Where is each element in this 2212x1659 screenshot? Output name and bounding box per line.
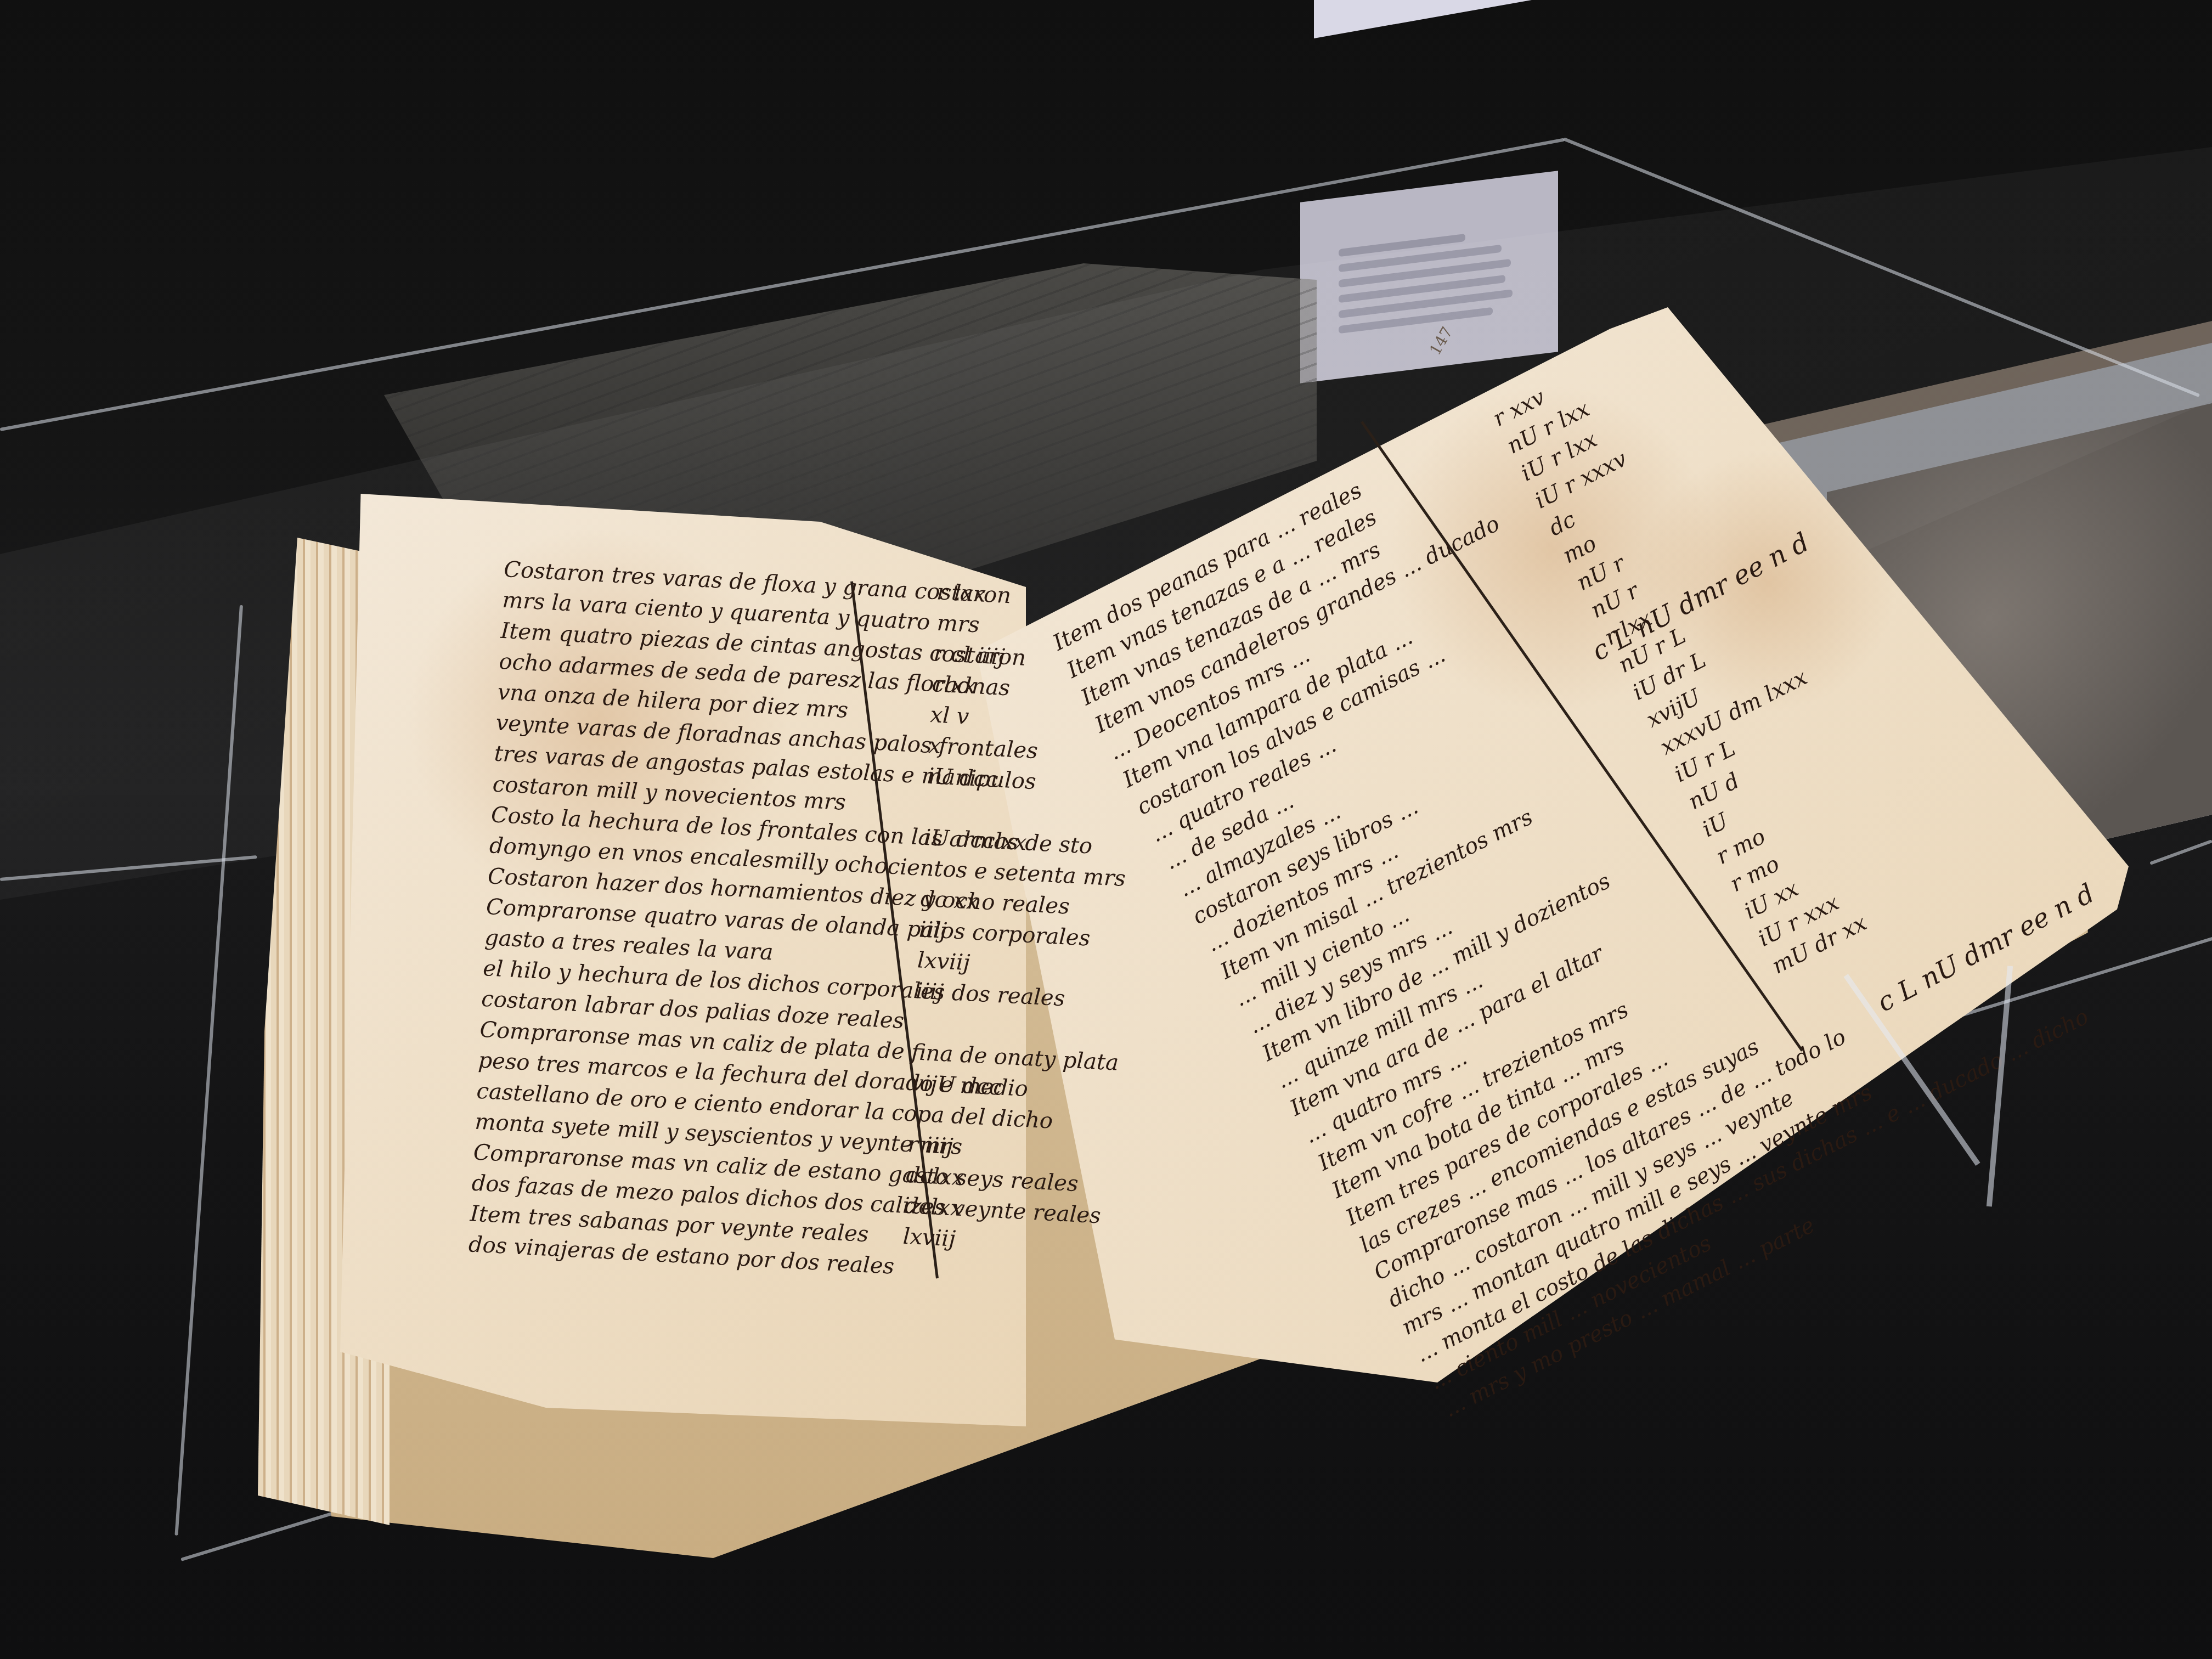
museum-display-scene: Archiv 147 — [0, 0, 2212, 1659]
left-page-handwritten-text: Costaron tres varas de floxa y grana cos… — [468, 554, 1108, 1291]
right-page-folio-number: 147 — [1426, 324, 1456, 358]
open-manuscript-book: 147 Costaron tres varas de floxa y grana… — [0, 0, 2212, 1659]
